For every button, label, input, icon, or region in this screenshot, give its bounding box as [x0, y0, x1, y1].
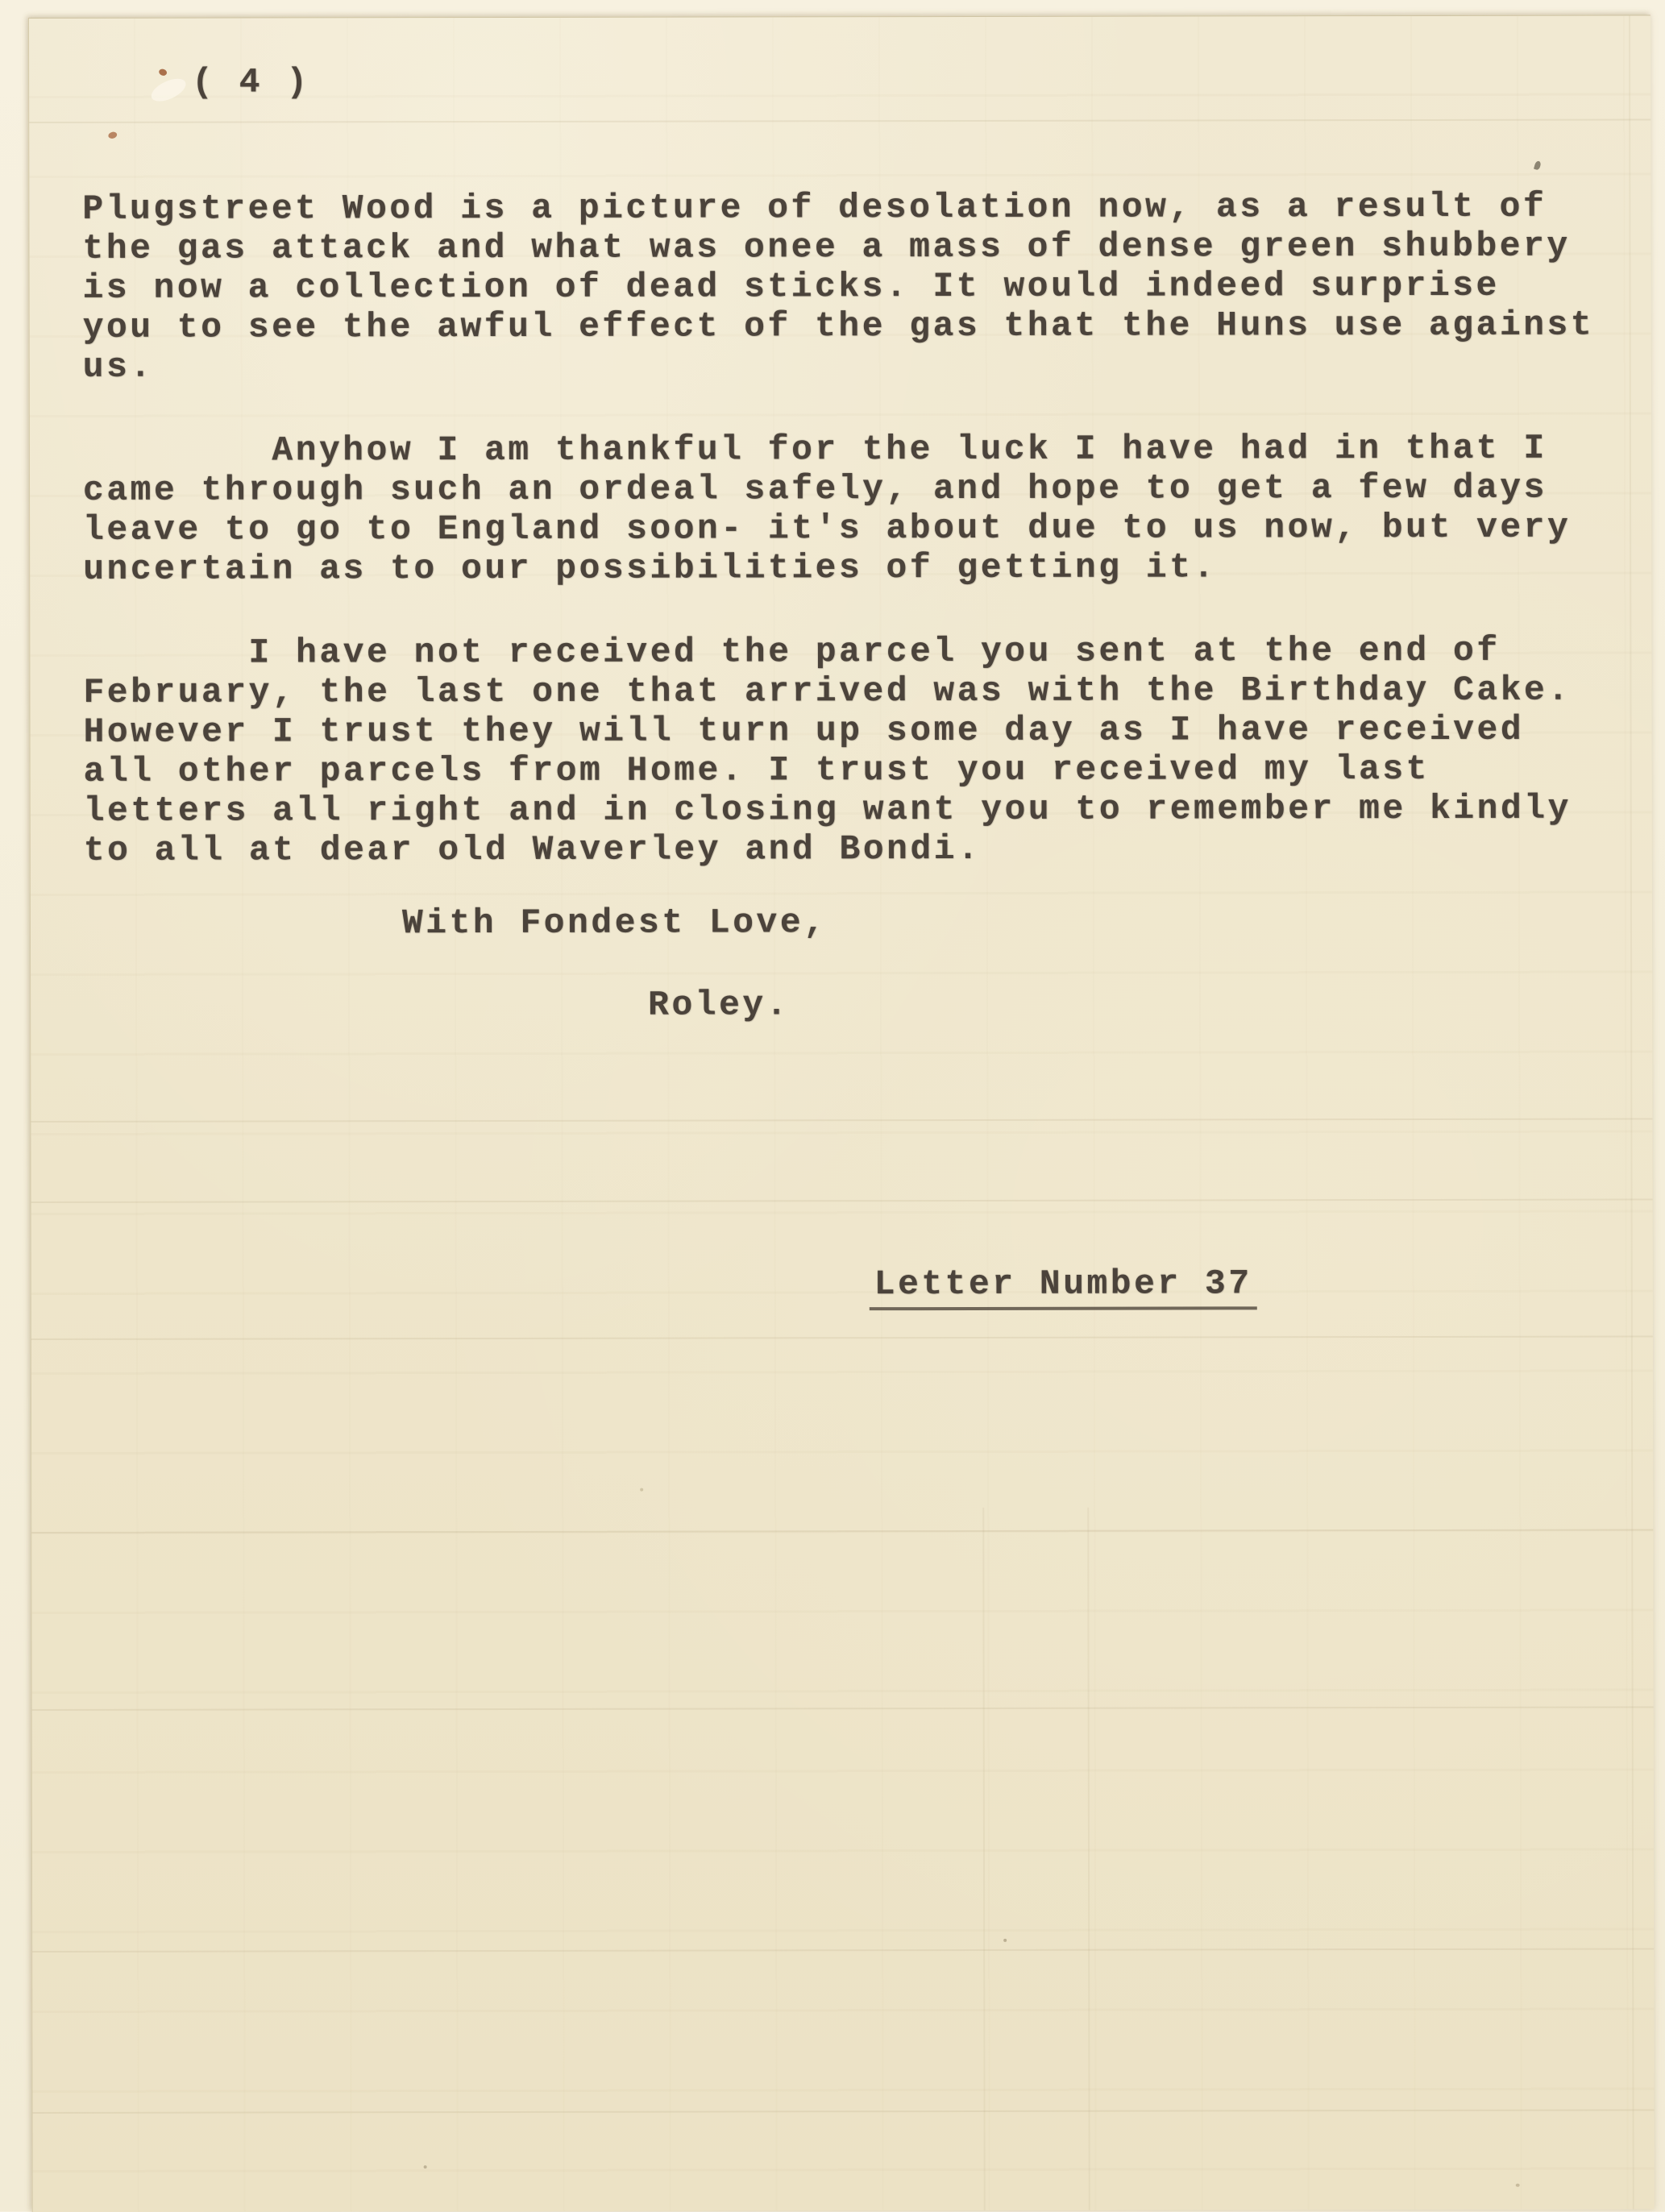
letter-paragraph: Plugstreet Wood is a picture of desolati… — [82, 187, 1634, 387]
paper-texture-hline — [32, 1948, 1654, 1953]
paper-abrasion-mark — [148, 74, 189, 106]
letter-page: ( 4 ) Plugstreet Wood is a picture of de… — [28, 15, 1655, 2211]
paper-texture-vline — [1087, 1508, 1090, 2210]
letter-body: Plugstreet Wood is a picture of desolati… — [82, 187, 1635, 1026]
paper-texture-hline — [29, 118, 1650, 123]
ink-fleck — [1534, 160, 1542, 170]
paper-texture-hline — [31, 1529, 1653, 1533]
dust-speck — [1003, 1939, 1007, 1942]
dust-speck — [640, 1488, 643, 1492]
foxing-speck — [158, 68, 168, 77]
foxing-speck — [107, 131, 118, 140]
letter-paragraph: Anyhow I am thankful for the luck I have… — [83, 429, 1634, 589]
letter-paragraph: I have not received the parcel you sent … — [83, 631, 1635, 870]
dust-speck — [1516, 2184, 1520, 2187]
paper-texture-hline — [31, 1198, 1653, 1203]
valediction: With Fondest Love, — [402, 902, 1635, 944]
paper-texture-hline — [33, 2109, 1655, 2114]
signature: Roley. — [648, 984, 1635, 1025]
dust-speck — [424, 2165, 427, 2168]
page-number: ( 4 ) — [192, 62, 310, 102]
paper-texture-hline — [31, 1118, 1652, 1123]
paper-texture-hline — [32, 1706, 1654, 1711]
paper-texture-vline — [982, 1508, 986, 2210]
letter-number-label: Letter Number 37 — [870, 1264, 1257, 1310]
paper-texture-hline — [31, 1335, 1653, 1340]
